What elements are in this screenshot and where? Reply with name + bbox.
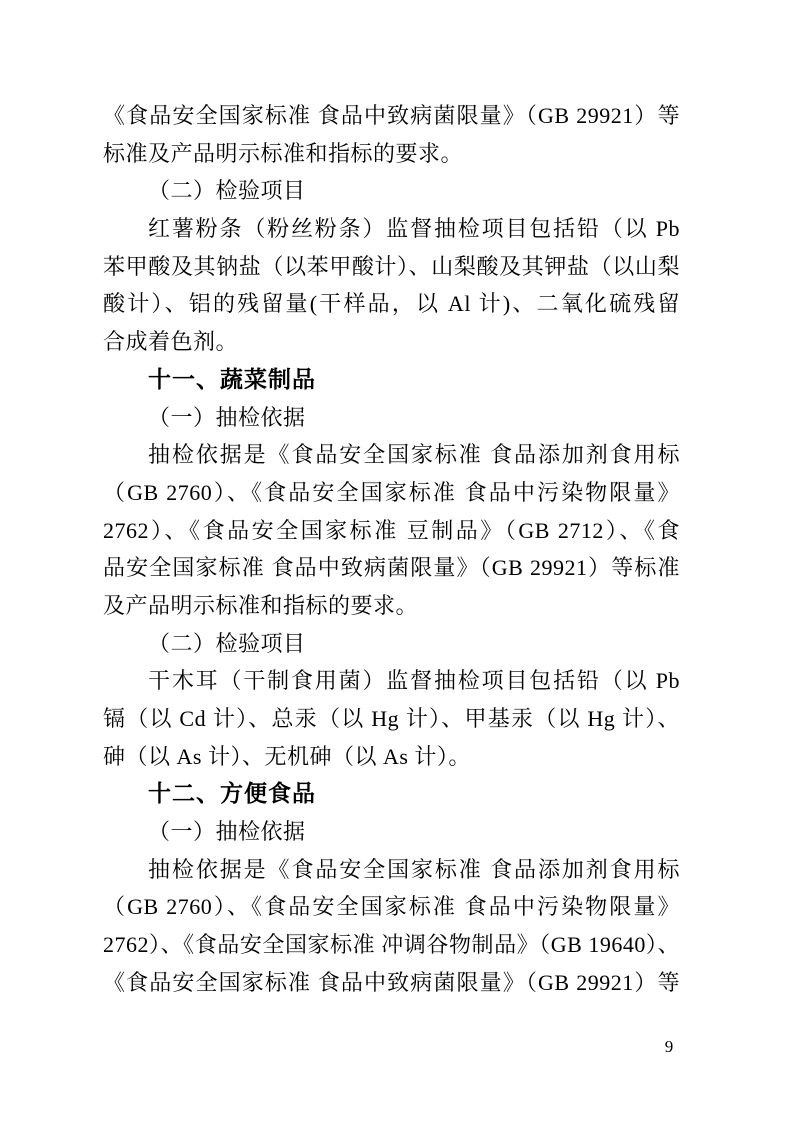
text-line: 品安全国家标准 食品中致病菌限量》（GB 29921）等标准 — [103, 549, 680, 587]
text-line: （二）检验项目 — [103, 625, 680, 663]
document-body: 《食品安全国家标准 食品中致病菌限量》（GB 29921）等标准及产品明示标准和… — [103, 97, 680, 1002]
text-line: （一）抽检依据 — [103, 813, 680, 851]
text-line: 合成着色剂。 — [103, 323, 680, 361]
section-heading-line: 十二、方便食品 — [103, 775, 680, 813]
text-line: 干木耳（干制食用菌）监督抽检项目包括铅（以 Pb 计）、 — [103, 662, 680, 700]
text-line: （GB 2760）、《食品安全国家标准 食品中污染物限量》（GB — [103, 888, 680, 926]
text-line: 《食品安全国家标准 食品中致病菌限量》（GB 29921）等 — [103, 97, 680, 135]
text-line: 酸计）、铝的残留量(干样品，以 Al 计)、二氧化硫残留量、 — [103, 285, 680, 323]
text-line: 《食品安全国家标准 食品中致病菌限量》（GB 29921）等 — [103, 964, 680, 1002]
text-line: （一）抽检依据 — [103, 399, 680, 437]
text-line: （二）检验项目 — [103, 172, 680, 210]
text-line: 标准及产品明示标准和指标的要求。 — [103, 135, 680, 173]
text-line: 镉（以 Cd 计）、总汞（以 Hg 计）、甲基汞（以 Hg 计）、 总 — [103, 700, 680, 738]
text-line: 抽检依据是《食品安全国家标准 食品添加剂食用标准》 — [103, 851, 680, 889]
text-line: 苯甲酸及其钠盐（以苯甲酸计）、山梨酸及其钾盐（以山梨 — [103, 248, 680, 286]
text-line: （GB 2760）、《食品安全国家标准 食品中污染物限量》（GB — [103, 474, 680, 512]
text-line: 2762）、《食品安全国家标准 冲调谷物制品》（GB 19640）、 — [103, 926, 680, 964]
text-line: 砷（以 As 计）、无机砷（以 As 计）。 — [103, 738, 680, 776]
text-line: 及产品明示标准和指标的要求。 — [103, 587, 680, 625]
section-heading-line: 十一、蔬菜制品 — [103, 361, 680, 399]
page-number: 9 — [655, 1036, 683, 1058]
text-line: 红薯粉条（粉丝粉条）监督抽检项目包括铅（以 Pb 计）、 — [103, 210, 680, 248]
document-page: 《食品安全国家标准 食品中致病菌限量》（GB 29921）等标准及产品明示标准和… — [0, 0, 793, 1122]
text-line: 抽检依据是《食品安全国家标准 食品添加剂食用标准》 — [103, 436, 680, 474]
text-line: 2762）、《食品安全国家标准 豆制品》（GB 2712）、《食 — [103, 512, 680, 550]
